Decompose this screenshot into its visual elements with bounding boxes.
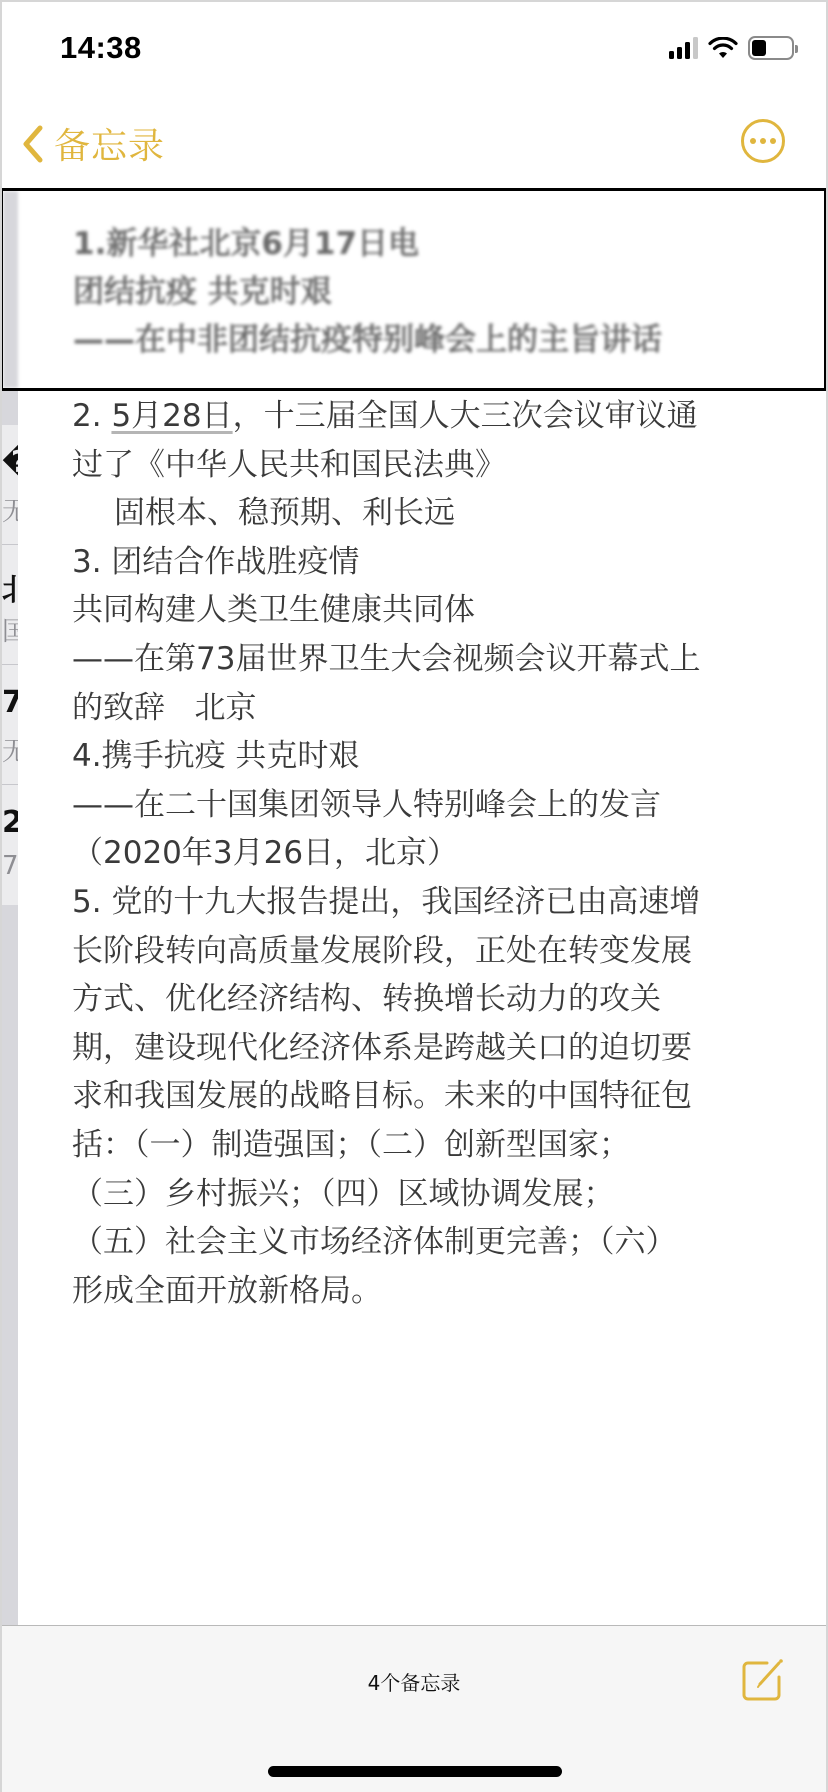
status-icons: [669, 36, 794, 60]
note-line: ——在第73届世界卫生大会视频会议开幕式上: [72, 635, 772, 684]
note-line: ——在二十国集团领导人特别峰会上的发言: [72, 781, 772, 830]
ellipsis-dot-icon: [750, 138, 756, 144]
battery-icon: [748, 36, 794, 60]
status-bar: 14:38: [0, 0, 828, 100]
note-line: 方式、优化经济结构、转换增长动力的攻关: [72, 975, 772, 1024]
note-line: 形成全面开放新格局。: [72, 1267, 772, 1316]
note-line: （三）乡村振兴；（四）区域协调发展；: [72, 1170, 772, 1219]
date-link[interactable]: 5月28日: [111, 398, 232, 434]
note-title: 29: [2, 805, 18, 840]
back-label: 备忘录: [54, 118, 165, 169]
nav-bar: 备忘录: [0, 100, 828, 188]
note-line: 固根本、稳预期、利长远: [72, 489, 772, 538]
back-button[interactable]: 备忘录: [22, 118, 165, 169]
note-title: 北: [2, 565, 18, 609]
compose-button[interactable]: [741, 1658, 785, 1702]
home-indicator[interactable]: [268, 1766, 562, 1777]
note-line: 的致辞 北京: [72, 684, 772, 733]
note-subtitle: 79: [2, 851, 18, 881]
blurred-note-section: 1.新华社北京6月17日电 团结抗疫 共克时艰 ——在中非团结抗疫特别峰会上的主…: [0, 188, 827, 391]
notes-list-item[interactable]: �H 无: [0, 425, 18, 545]
ellipsis-dot-icon: [760, 138, 766, 144]
note-line: 4.携手抗疫 共克时艰: [72, 732, 772, 781]
blurred-line: 团结抗疫 共克时艰: [73, 266, 332, 311]
note-subtitle: 无: [2, 491, 18, 528]
note-line: 求和我国发展的战略目标。未来的中国特征包: [72, 1072, 772, 1121]
notes-list-peek: �H 无 北 国 7 无 29 79: [0, 188, 18, 1625]
cellular-signal-icon: [669, 37, 698, 59]
notes-list-item[interactable]: 7 无: [0, 665, 18, 785]
note-title: �H: [2, 445, 18, 480]
note-subtitle: 国: [2, 611, 18, 648]
note-title: 7: [2, 685, 18, 720]
note-line: （五）社会主义市场经济体制更完善；（六）: [72, 1218, 772, 1267]
note-line: 过了《中华人民共和国民法典》: [72, 441, 772, 490]
notes-list: �H 无 北 国 7 无 29 79: [0, 425, 18, 905]
blurred-line: ——在中非团结抗疫特别峰会上的主旨讲话: [73, 314, 662, 359]
note-line: 3. 团结合作战胜疫情: [72, 538, 772, 587]
note-line: 2. 5月28日，十三届全国人大三次会议审议通: [72, 392, 772, 441]
note-line: 共同构建人类卫生健康共同体: [72, 586, 772, 635]
note-line: 期，建设现代化经济体系是跨越关口的迫切要: [72, 1024, 772, 1073]
blurred-line: 1.新华社北京6月17日电: [73, 218, 419, 263]
note-line: （2020年3月26日，北京）: [72, 829, 772, 878]
status-time: 14:38: [60, 30, 142, 66]
ellipsis-dot-icon: [770, 138, 776, 144]
compose-icon: [741, 1658, 785, 1702]
notes-list-item[interactable]: 北 国: [0, 545, 18, 665]
note-subtitle: 无: [2, 731, 18, 768]
note-body[interactable]: 2. 5月28日，十三届全国人大三次会议审议通 过了《中华人民共和国民法典》 固…: [72, 392, 772, 1315]
wifi-icon: [708, 37, 738, 59]
chevron-left-icon: [22, 125, 44, 163]
note-count: 4个备忘录: [0, 1667, 828, 1696]
more-options-button[interactable]: [741, 119, 785, 163]
note-line: 长阶段转向高质量发展阶段，正处在转变发展: [72, 927, 772, 976]
note-line: 5. 党的十九大报告提出，我国经济已由高速增: [72, 878, 772, 927]
notes-list-item[interactable]: 29 79: [0, 785, 18, 905]
note-line: 括：（一）制造强国；（二）创新型国家；: [72, 1121, 772, 1170]
